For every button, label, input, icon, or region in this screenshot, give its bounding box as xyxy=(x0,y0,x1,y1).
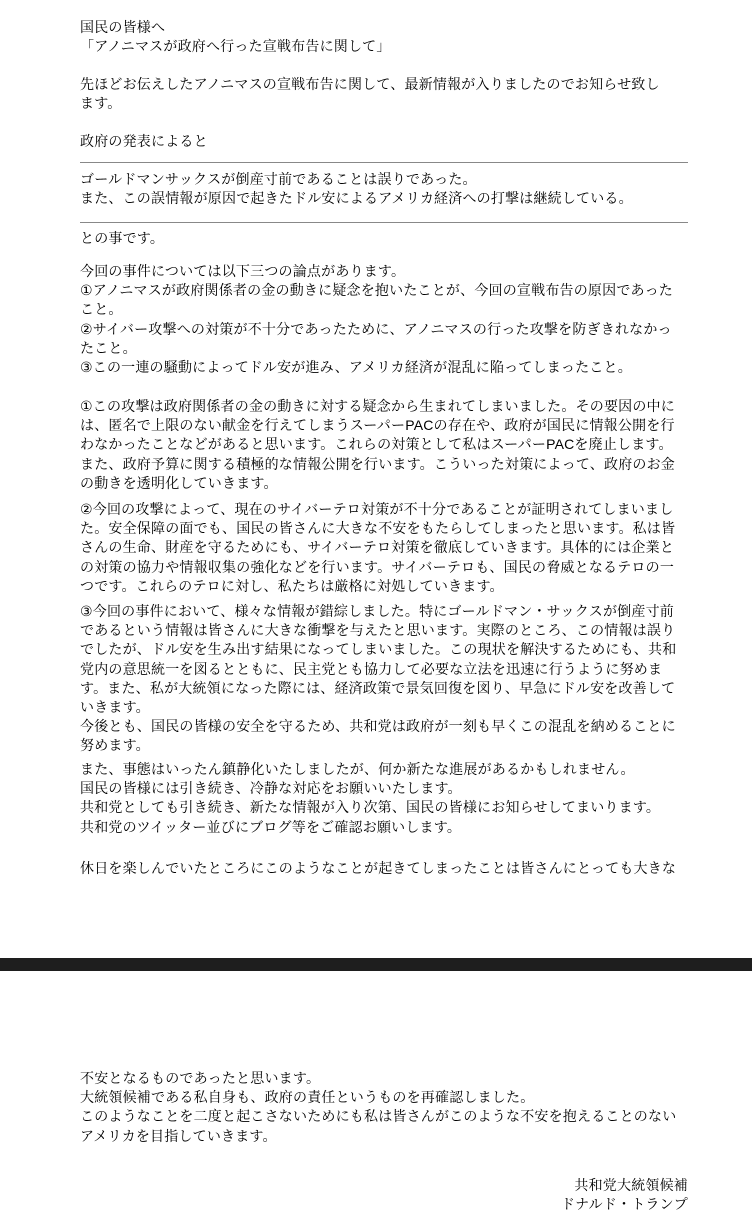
document-page: 国民の皆様へ「アノニマスが政府へ行った宣戦布告に関して」 先ほどお伝えしたアノニ… xyxy=(0,0,752,1215)
point2-paragraph: ②今回の攻撃によって、現在のサイバーテロ対策が不十分であることが証明されてしまい… xyxy=(80,500,688,596)
text-line: また、この誤情報が原因で起きたドル安によるアメリカ経済への打撃は継続している。 xyxy=(80,189,688,208)
text-line: 国民の皆様へ xyxy=(80,18,688,37)
continuation-paragraph: 不安となるものであったと思います。大統領候補である私自身も、政府の責任というもの… xyxy=(80,1069,688,1146)
text-line: であるという情報は皆さんに大きな衝撃を与えたと思います。実際のところ、この情報は… xyxy=(80,621,688,640)
point3-paragraph: ③今回の事件において、様々な情報が錯綜しました。特にゴールドマン・サックスが倒産… xyxy=(80,602,688,756)
text-line: 「アノニマスが政府へ行った宣戦布告に関して」 xyxy=(80,37,688,56)
text-line: 共和党のツイッター並びにブログ等をご確認お願いします。 xyxy=(80,818,688,837)
text-line: 今回の事件については以下三つの論点があります。 xyxy=(80,262,688,281)
announcement-lead: 政府の発表によると xyxy=(80,132,688,151)
text-line: つです。これらのテロに対し、私たちは厳格に対処していきます。 xyxy=(80,577,688,596)
text-line: 共和党としても引き続き、新たな情報が入り次第、国民の皆様にお知らせしてまいります… xyxy=(80,798,688,817)
intro-paragraph: 先ほどお伝えしたアノニマスの宣戦布告に関して、最新情報が入りましたのでお知らせ致… xyxy=(80,75,688,113)
text-line: 国民の皆様には引き続き、冷静な対応をお願いいたします。 xyxy=(80,779,688,798)
text-line: わなかったことなどがあると思います。これらの対策として私はスーパーPACを廃止し… xyxy=(80,435,688,454)
text-line: さんの生命、財産を守るためにも、サイバーテロ対策を徹底していきます。具体的には企… xyxy=(80,538,688,557)
government-quote-block: ゴールドマンサックスが倒産寸前であることは誤りであった。また、この誤情報が原因で… xyxy=(80,162,688,223)
text-line: 大統領候補である私自身も、政府の責任というものを再確認しました。 xyxy=(80,1088,688,1107)
text-line: 政府の発表によると xyxy=(80,132,688,151)
text-line: 共和党大統領候補 xyxy=(80,1176,688,1195)
text-line: 先ほどお伝えしたアノニマスの宣戦布告に関して、最新情報が入りましたのでお知らせ致… xyxy=(80,75,688,94)
text-line: た。安全保障の面でも、国民の皆さんに大きな不安をもたらしてしまったと思います。私… xyxy=(80,519,688,538)
text-line: また、政府予算に関する積極的な情報公開を行います。こういった対策によって、政府の… xyxy=(80,455,688,474)
text-line: す。また、私が大統領になった際には、経済政策で景気回復を図り、早急にドル安を改善… xyxy=(80,679,688,698)
text-line: ③今回の事件において、様々な情報が錯綜しました。特にゴールドマン・サックスが倒産… xyxy=(80,602,688,621)
text-line: 休日を楽しんでいたところにこのようなことが起きてしまったことは皆さんにとっても大… xyxy=(80,859,688,878)
text-line: ②今回の攻撃によって、現在のサイバーテロ対策が不十分であることが証明されてしまい… xyxy=(80,500,688,519)
text-line: ③この一連の騒動によってドル安が進み、アメリカ経済が混乱に陥ってしまったこと。 xyxy=(80,358,688,377)
text-line: ②サイバー攻撃への対策が不十分であったために、アノニマスの行った攻撃を防ぎきれな… xyxy=(80,320,688,339)
cutoff-text-line: 休日を楽しんでいたところにこのようなことが起きてしまったことは皆さんにとっても大… xyxy=(80,859,688,878)
points-list: 今回の事件については以下三つの論点があります。①アノニマスが政府関係者の金の動き… xyxy=(80,262,688,377)
text-line: との事です。 xyxy=(80,229,688,248)
text-line: こと。 xyxy=(80,300,688,319)
point1-paragraph: ①この攻撃は政府関係者の金の動きに対する疑念から生まれてしまいました。その要因の… xyxy=(80,397,688,493)
signature-block: 共和党大統領候補ドナルド・トランプ xyxy=(80,1176,688,1214)
text-line: の対策の協力や情報収集の強化などを行います。サイバーテロも、国民の脅威となるテロ… xyxy=(80,558,688,577)
text-line: いきます。 xyxy=(80,698,688,717)
page-separator-bar xyxy=(0,958,752,971)
text-line: アメリカを目指していきます。 xyxy=(80,1127,688,1146)
text-line: 今後とも、国民の皆様の安全を守るため、共和党は政府が一刻も早くこの混乱を納めるこ… xyxy=(80,717,688,736)
letter-header: 国民の皆様へ「アノニマスが政府へ行った宣戦布告に関して」 xyxy=(80,18,688,56)
text-line: また、事態はいったん鎮静化いたしましたが、何か新たな進展があるかもしれません。 xyxy=(80,760,688,779)
text-line: ①アノニマスが政府関係者の金の動きに疑念を抱いたことが、今回の宣戦布告の原因であ… xyxy=(80,281,688,300)
text-line: 努めます。 xyxy=(80,736,688,755)
text-line: たこと。 xyxy=(80,339,688,358)
text-line: このようなことを二度と起こさないためにも私は皆さんがこのような不安を抱えることの… xyxy=(80,1107,688,1126)
text-line: ①この攻撃は政府関係者の金の動きに対する疑念から生まれてしまいました。その要因の… xyxy=(80,397,688,416)
text-line: は、匿名で上限のない献金を行えてしまうスーパーPACの存在や、政府が国民に情報公… xyxy=(80,416,688,435)
text-line: ます。 xyxy=(80,94,688,113)
text-line: 党内の意思統一を図るとともに、民主党とも協力して必要な立法を迅速に行うように努め… xyxy=(80,660,688,679)
text-line: ゴールドマンサックスが倒産寸前であることは誤りであった。 xyxy=(80,170,688,189)
text-line: ドナルド・トランプ xyxy=(80,1195,688,1214)
text-line: の動きを透明化していきます。 xyxy=(80,474,688,493)
closing-updates-paragraph: また、事態はいったん鎮静化いたしましたが、何か新たな進展があるかもしれません。国… xyxy=(80,760,688,837)
quote-followup: との事です。 xyxy=(80,229,688,248)
text-line: でしたが、ドル安を生み出す結果になってしまいました。この現状を解決するためにも、… xyxy=(80,640,688,659)
text-line: 不安となるものであったと思います。 xyxy=(80,1069,688,1088)
